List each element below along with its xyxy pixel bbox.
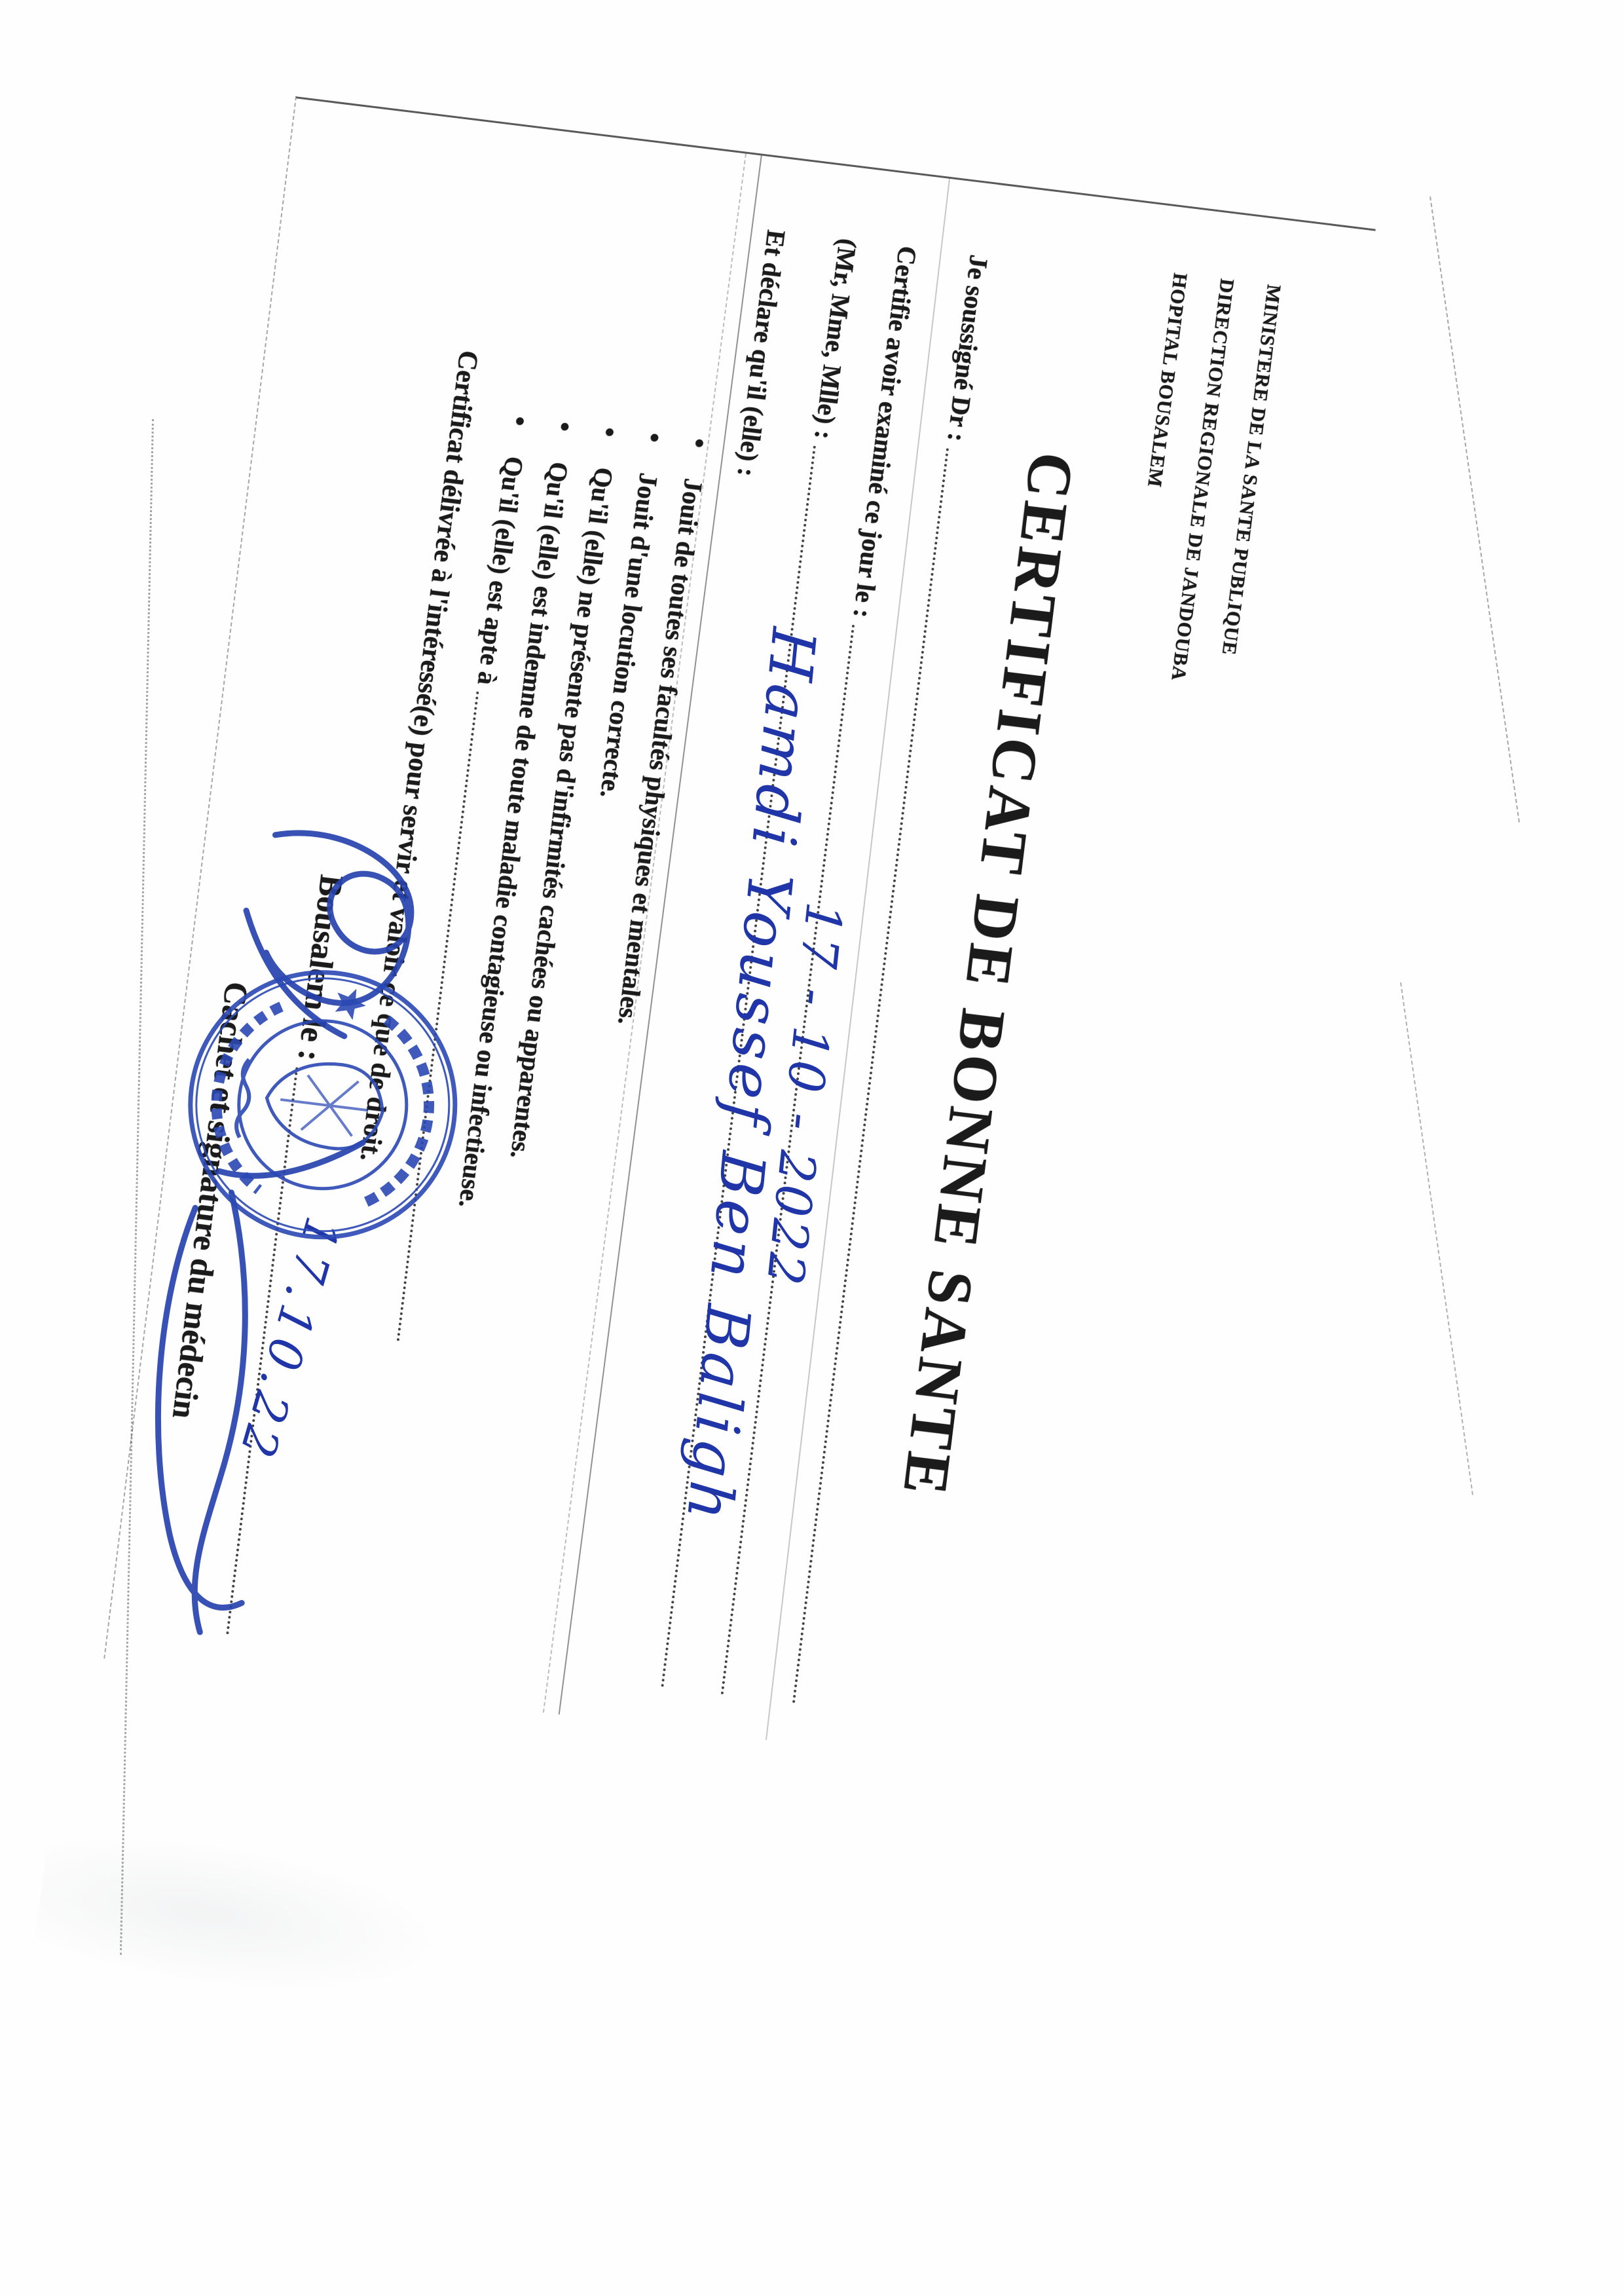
round-blue-stamp: [166, 951, 476, 1258]
bullet-icon: •: [544, 420, 580, 464]
stamp-star-icon: [335, 986, 368, 1021]
je-soussigne-label: Je soussigné Dr :: [942, 253, 995, 443]
bullet-icon: •: [500, 415, 536, 458]
scan-streak: [1400, 982, 1473, 1495]
bullet-icon: •: [679, 436, 715, 480]
scan-streak: [1430, 196, 1520, 823]
scan-streak: [120, 419, 154, 1955]
scan-smudge: [31, 1819, 454, 2019]
stamp-graphic: [170, 952, 476, 1258]
certificate-document: MINISTERE DE LA SANTE PUBLIQUE DIRECTION…: [103, 96, 1375, 1791]
bullet-icon: •: [589, 426, 625, 470]
letterhead: MINISTERE DE LA SANTE PUBLIQUE DIRECTION…: [1107, 270, 1297, 689]
examine-label: Certifie avoir examiné ce jour le :: [847, 244, 923, 620]
scanned-certificate-page: MINISTERE DE LA SANTE PUBLIQUE DIRECTION…: [0, 0, 1624, 2295]
declare-label: Et déclare qu'il (elle) :: [731, 228, 792, 478]
identity-label: (Mr, Mme, Mlle) :: [809, 237, 864, 441]
bullet-icon: •: [634, 431, 670, 475]
